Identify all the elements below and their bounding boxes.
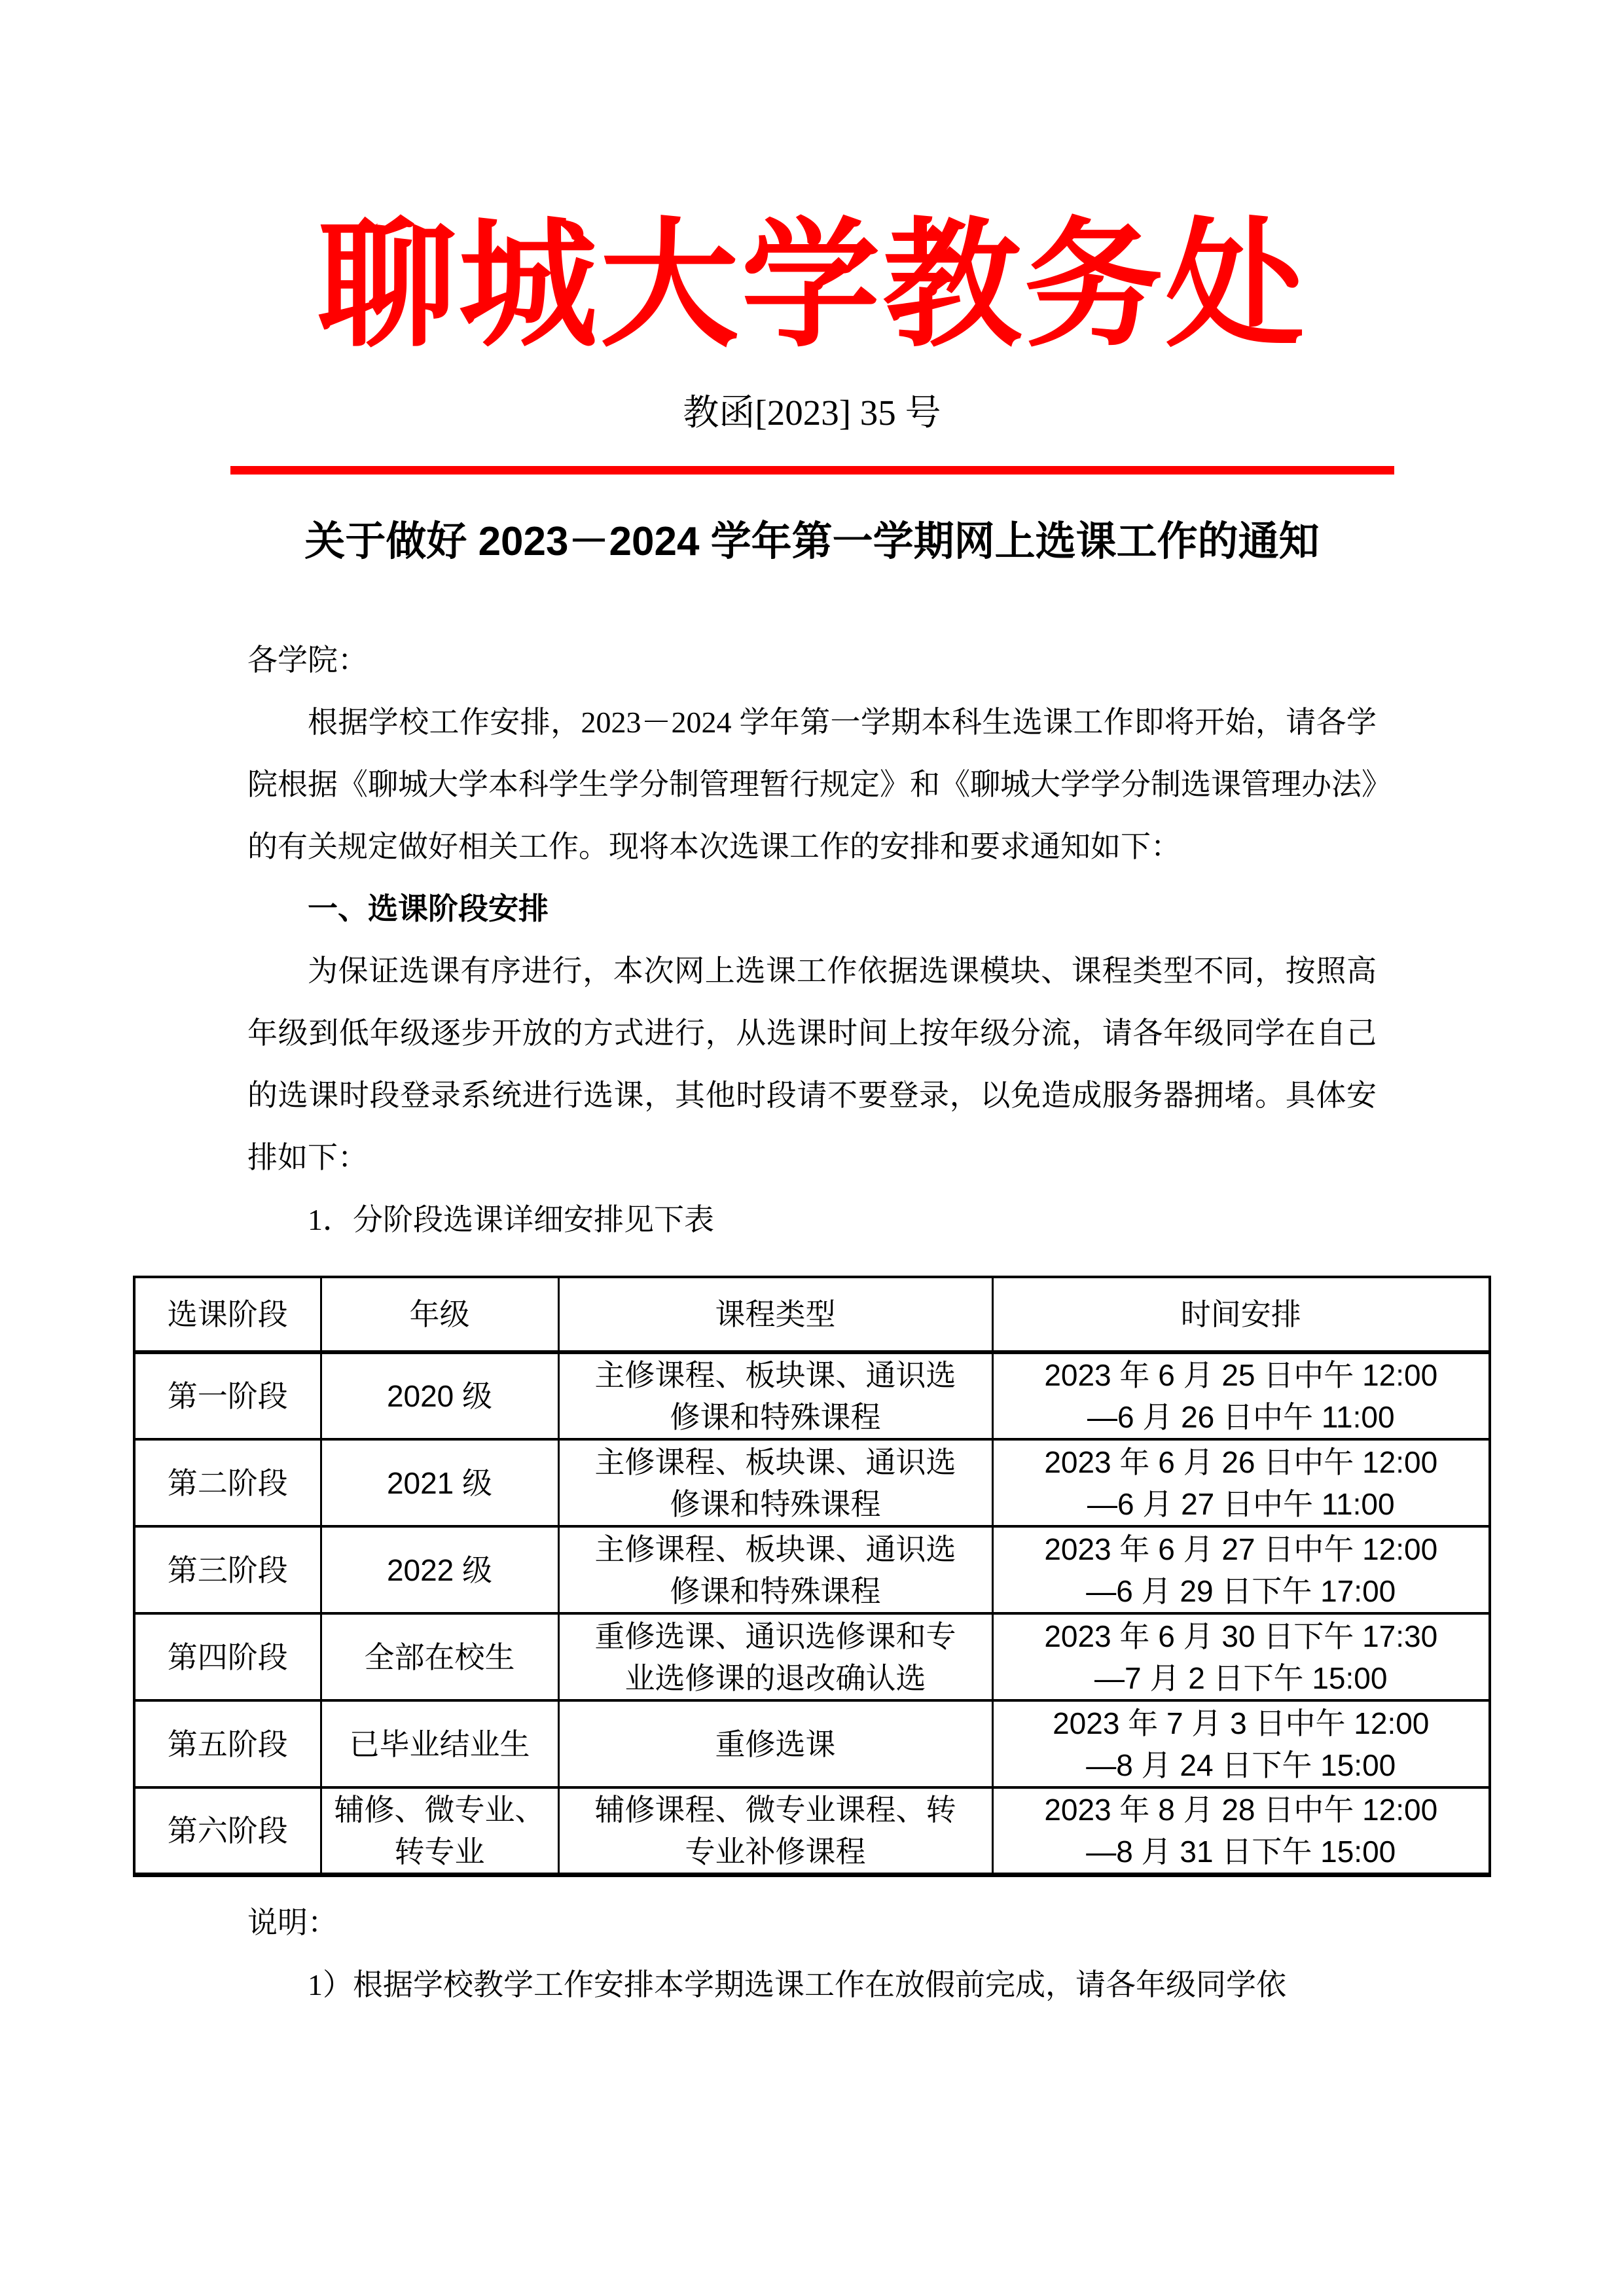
cell-course-type: 主修课程、板块课、通识选 修课和特殊课程 xyxy=(558,1439,992,1526)
note-item-1: 1）根据学校教学工作安排本学期选课工作在放假前完成，请各年级同学依 xyxy=(247,1954,1377,2016)
section-heading-phase-arrangement: 一、选课阶段安排 xyxy=(247,878,1377,940)
course-selection-schedule-table: 选课阶段 年级 课程类型 时间安排 第一阶段 2020 级 主修课程、板块课、通… xyxy=(133,1276,1491,1877)
cell-time: 2023 年 6 月 26 日中午 12:00 —6 月 27 日中午 11:0… xyxy=(992,1439,1490,1526)
table-row: 第四阶段 全部在校生 重修选课、通识选修课和专 业选修课的退改确认选 2023 … xyxy=(134,1613,1490,1700)
table-header-row: 选课阶段 年级 课程类型 时间安排 xyxy=(134,1277,1490,1352)
cell-grade: 已毕业结业生 xyxy=(321,1700,558,1787)
cell-time: 2023 年 6 月 25 日中午 12:00 —6 月 26 日中午 11:0… xyxy=(992,1352,1490,1439)
cell-time: 2023 年 7 月 3 日中午 12:00 —8 月 24 日下午 15:00 xyxy=(992,1700,1490,1787)
cell-time: 2023 年 8 月 28 日中午 12:00 —8 月 31 日下午 15:0… xyxy=(992,1787,1490,1875)
doc-number: 教函[2023] 35 号 xyxy=(0,393,1624,433)
notes-label: 说明： xyxy=(247,1892,1377,1954)
cell-grade: 2020 级 xyxy=(321,1352,558,1439)
notice-title: 关于做好 2023－2024 学年第一学期网上选课工作的通知 xyxy=(125,520,1500,564)
paragraph-arrangement: 为保证选课有序进行，本次网上选课工作依据选课模块、课程类型不同，按照高年级到低年… xyxy=(247,940,1377,1189)
cell-grade: 辅修、微专业、 转专业 xyxy=(321,1787,558,1875)
salutation: 各学院： xyxy=(247,629,1377,691)
cell-grade: 2022 级 xyxy=(321,1526,558,1613)
cell-phase: 第二阶段 xyxy=(134,1439,321,1526)
cell-phase: 第三阶段 xyxy=(134,1526,321,1613)
cell-phase: 第四阶段 xyxy=(134,1613,321,1700)
col-header-phase: 选课阶段 xyxy=(134,1277,321,1352)
body-text-block: 各学院： 根据学校工作安排，2023－2024 学年第一学期本科生选课工作即将开… xyxy=(247,629,1377,1251)
col-header-grade: 年级 xyxy=(321,1277,558,1352)
cell-course-type: 主修课程、板块课、通识选 修课和特殊课程 xyxy=(558,1352,992,1439)
cell-phase: 第六阶段 xyxy=(134,1787,321,1875)
table-row: 第五阶段 已毕业结业生 重修选课 2023 年 7 月 3 日中午 12:00 … xyxy=(134,1700,1490,1787)
cell-phase: 第五阶段 xyxy=(134,1700,321,1787)
col-header-course-type: 课程类型 xyxy=(558,1277,992,1352)
table-row: 第一阶段 2020 级 主修课程、板块课、通识选 修课和特殊课程 2023 年 … xyxy=(134,1352,1490,1439)
table-row: 第三阶段 2022 级 主修课程、板块课、通识选 修课和特殊课程 2023 年 … xyxy=(134,1526,1490,1613)
list-item-phase-table-note: 1．分阶段选课详细安排见下表 xyxy=(247,1189,1377,1251)
paragraph-intro: 根据学校工作安排，2023－2024 学年第一学期本科生选课工作即将开始，请各学… xyxy=(247,691,1377,878)
table-row: 第二阶段 2021 级 主修课程、板块课、通识选 修课和特殊课程 2023 年 … xyxy=(134,1439,1490,1526)
document-page: 聊城大学教务处 教函[2023] 35 号 关于做好 2023－2024 学年第… xyxy=(0,0,1624,2296)
red-divider-line xyxy=(230,466,1394,475)
org-title: 聊城大学教务处 xyxy=(0,0,1624,363)
cell-course-type: 主修课程、板块课、通识选 修课和特殊课程 xyxy=(558,1526,992,1613)
cell-course-type: 重修选课、通识选修课和专 业选修课的退改确认选 xyxy=(558,1613,992,1700)
table-row: 第六阶段 辅修、微专业、 转专业 辅修课程、微专业课程、转 专业补修课程 202… xyxy=(134,1787,1490,1875)
cell-grade: 全部在校生 xyxy=(321,1613,558,1700)
cell-time: 2023 年 6 月 30 日下午 17:30 —7 月 2 日下午 15:00 xyxy=(992,1613,1490,1700)
notes-block: 说明： 1）根据学校教学工作安排本学期选课工作在放假前完成，请各年级同学依 xyxy=(247,1892,1377,2016)
col-header-time: 时间安排 xyxy=(992,1277,1490,1352)
cell-grade: 2021 级 xyxy=(321,1439,558,1526)
cell-phase: 第一阶段 xyxy=(134,1352,321,1439)
cell-course-type: 辅修课程、微专业课程、转 专业补修课程 xyxy=(558,1787,992,1875)
cell-time: 2023 年 6 月 27 日中午 12:00 —6 月 29 日下午 17:0… xyxy=(992,1526,1490,1613)
cell-course-type: 重修选课 xyxy=(558,1700,992,1787)
